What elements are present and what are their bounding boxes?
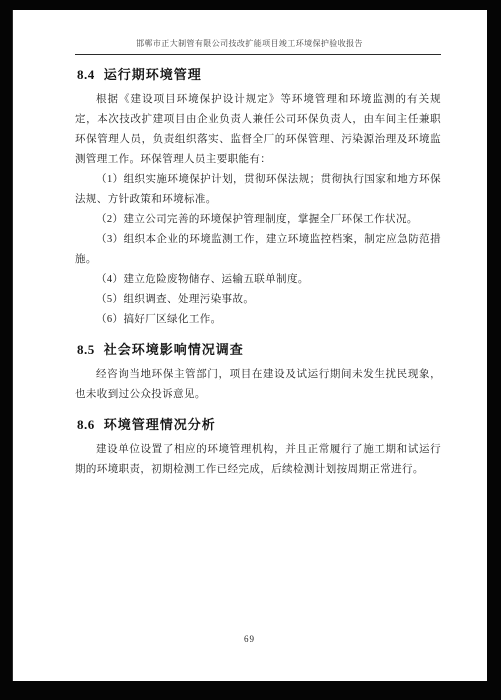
section-title: 社会环境影响情况调查 [104,339,244,358]
running-header: 邯郸市正大制管有限公司技改扩能项目竣工环境保护验收报告 [12,10,487,55]
paragraph-social-impact: 经咨询当地环保主管部门，项目在建设及试运行期间未发生扰民现象，也未收到过公众投诉… [75,365,441,405]
page-content: 8.4 运行期环境管理 根据《建设项目环境保护设计规定》等环境管理和环境监测的有… [12,64,487,480]
section-heading-8-5: 8.5 社会环境影响情况调查 [77,339,441,358]
section-number: 8.6 [77,417,95,433]
list-item-6: （6）搞好厂区绿化工作。 [75,310,441,330]
section-number: 8.5 [77,342,95,358]
header-rule [75,54,441,55]
header-title: 邯郸市正大制管有限公司技改扩能项目竣工环境保护验收报告 [12,39,487,49]
list-item-3: （3）组织本企业的环境监测工作，建立环境监控档案，制定应急防范措施。 [75,230,441,270]
scanned-document-canvas: 邯郸市正大制管有限公司技改扩能项目竣工环境保护验收报告 8.4 运行期环境管理 … [0,0,501,700]
section-heading-8-6: 8.6 环境管理情况分析 [77,414,441,433]
paragraph-management-analysis: 建设单位设置了相应的环境管理机构，并且正常履行了施工期和试运行期的环境职责，初期… [75,440,441,480]
paragraph-operation-management: 根据《建设项目环境保护设计规定》等环境管理和环境监测的有关规定，本次技改扩建项目… [75,90,441,170]
section-title: 运行期环境管理 [104,64,202,83]
page-number: 69 [12,634,487,644]
section-heading-8-4: 8.4 运行期环境管理 [77,64,441,83]
section-number: 8.4 [77,67,95,83]
list-item-2: （2）建立公司完善的环境保护管理制度，掌握全厂环保工作状况。 [75,210,441,230]
list-item-1: （1）组织实施环境保护计划，贯彻环保法规；贯彻执行国家和地方环保法规、方针政策和… [75,170,441,210]
section-title: 环境管理情况分析 [104,414,216,433]
list-item-5: （5）组织调查、处理污染事故。 [75,290,441,310]
report-page: 邯郸市正大制管有限公司技改扩能项目竣工环境保护验收报告 8.4 运行期环境管理 … [12,10,487,681]
list-item-4: （4）建立危险废物储存、运输五联单制度。 [75,270,441,290]
